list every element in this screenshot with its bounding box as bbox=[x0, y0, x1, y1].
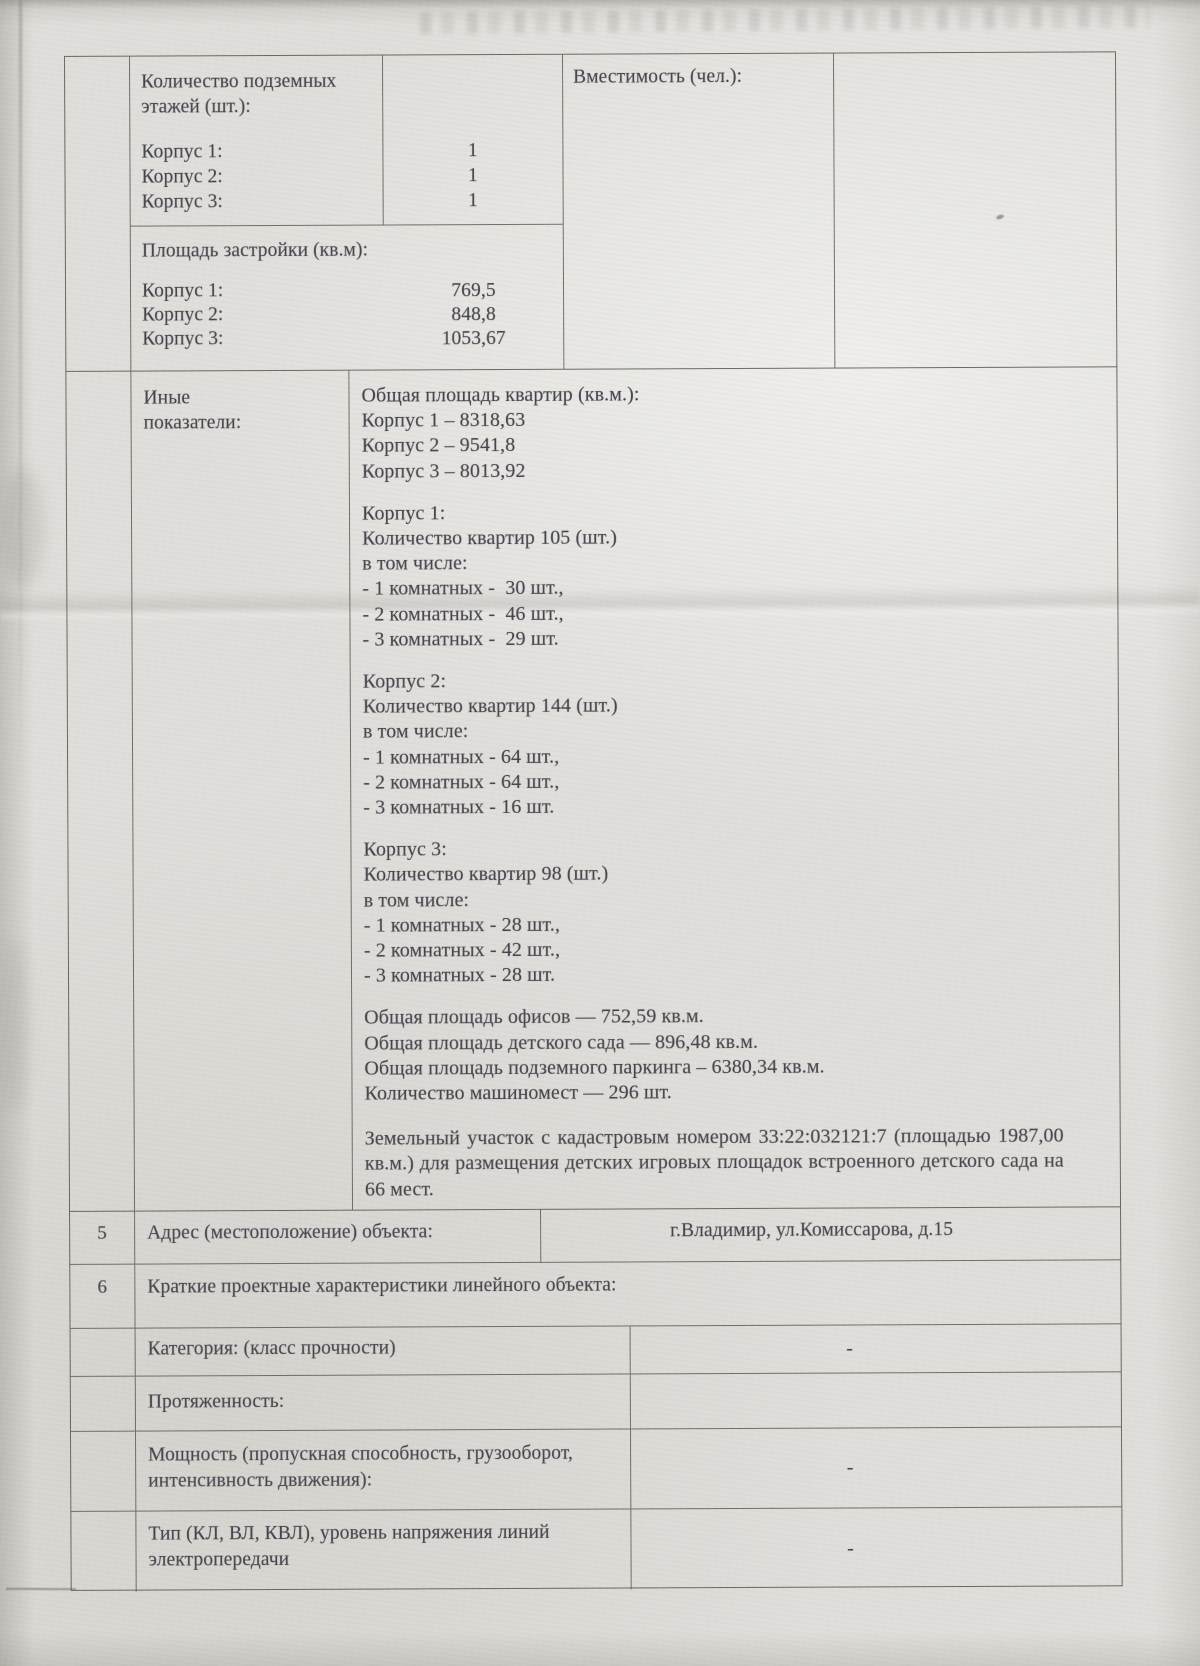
capacity-value-cell-empty bbox=[834, 52, 1116, 367]
korpus-value: 1 bbox=[383, 138, 562, 164]
bleed-blob bbox=[2, 468, 44, 588]
row-number-cell-empty bbox=[71, 1512, 136, 1592]
row-number: 5 bbox=[70, 1212, 135, 1264]
building-area-title: Площадь застройки (кв.м): bbox=[142, 239, 384, 264]
totals-line: Общая площадь детского сада — 896,48 кв.… bbox=[364, 1028, 1109, 1056]
address-row: 5 Адрес (местоположение) объекта: г.Влад… bbox=[70, 1207, 1120, 1265]
korpus-block-title: Корпус 2: bbox=[363, 666, 1108, 694]
land-plot-line: кв.м.) для размещения детских игровых пл… bbox=[365, 1149, 1064, 1177]
other-indicators-label-line: показатели: bbox=[144, 410, 341, 436]
land-plot-paragraph: Земельный участок с кадастровым номером … bbox=[365, 1124, 1110, 1203]
korpus-block-line: - 2 комнатных - 64 шт., bbox=[363, 767, 1108, 795]
korpus-label: Корпус 2: bbox=[141, 164, 374, 190]
building-area-label-cell: Площадь застройки (кв.м): Корпус 1: Корп… bbox=[131, 226, 385, 371]
address-label: Адрес (местоположение) объекта: bbox=[135, 1210, 541, 1264]
apartments-total-line: Корпус 2 – 9541,8 bbox=[362, 431, 1107, 459]
korpus-2-apartments-block: Корпус 2: Количество квартир 144 (шт.) в… bbox=[363, 666, 1109, 820]
underground-floors-title-line: этажей (шт.): bbox=[141, 94, 374, 120]
korpus-label: Корпус 2: bbox=[142, 303, 384, 328]
category-label: Категория: (класс прочности) bbox=[136, 1326, 631, 1375]
building-area-block: Площадь застройки (кв.м): Корпус 1: Корп… bbox=[131, 225, 564, 371]
row-number: 6 bbox=[70, 1265, 135, 1328]
korpus-block-line: Количество квартир 98 (шт.) bbox=[364, 860, 1109, 888]
underground-floors-title-line: Количество подземных bbox=[141, 69, 374, 95]
row-number-cell-empty bbox=[71, 1432, 136, 1511]
korpus-block-line: - 1 комнатных - 28 шт., bbox=[364, 910, 1109, 938]
capacity-label: Вместимость (чел.): bbox=[573, 66, 827, 89]
korpus-3-apartments-block: Корпус 3: Количество квартир 98 (шт.) в … bbox=[363, 835, 1109, 989]
korpus-label: Корпус 3: bbox=[142, 189, 375, 215]
korpus-value: 1 bbox=[384, 188, 563, 214]
scan-line-overrun bbox=[6, 1588, 76, 1590]
korpus-block-line: Количество квартир 144 (шт.) bbox=[363, 692, 1108, 720]
underground-floors-label-cell: Количество подземных этажей (шт.): Корпу… bbox=[130, 56, 384, 226]
apartments-total-line: Корпус 3 – 8013,92 bbox=[362, 456, 1107, 484]
korpus-value: 1053,67 bbox=[384, 327, 563, 352]
korpus-value: 848,8 bbox=[384, 303, 563, 328]
line-type-value: - bbox=[631, 1507, 1121, 1589]
permit-details-table: Количество подземных этажей (шт.): Корпу… bbox=[64, 51, 1123, 1591]
korpus-label: Корпус 3: bbox=[142, 327, 384, 352]
floors-and-area-column: Количество подземных этажей (шт.): Корпу… bbox=[130, 55, 564, 371]
section4-top-block: Количество подземных этажей (шт.): Корпу… bbox=[65, 52, 1116, 372]
korpus-block-line: - 3 комнатных - 29 шт. bbox=[362, 624, 1107, 652]
korpus-block-line: в том числе: bbox=[363, 717, 1108, 745]
building-area-values-cell: 769,5 848,8 1053,67 bbox=[384, 225, 564, 370]
power-capacity-label: Мощность (пропускная способность, грузоо… bbox=[136, 1429, 631, 1510]
korpus-block-line: Количество квартир 105 (шт.) bbox=[362, 523, 1107, 551]
totals-line: Количество машиномест — 296 шт. bbox=[364, 1078, 1109, 1106]
length-value bbox=[631, 1372, 1121, 1428]
other-indicators-label-cell: Иные показатели: bbox=[131, 371, 353, 1211]
other-indicators-label-line: Иные bbox=[143, 385, 340, 411]
underground-floors-block: Количество подземных этажей (шт.): Корпу… bbox=[130, 55, 563, 227]
length-label: Протяженность: bbox=[136, 1374, 631, 1430]
korpus-block-line: - 2 комнатных - 42 шт., bbox=[364, 935, 1109, 963]
underground-floors-values-cell: 1 1 1 bbox=[383, 55, 563, 225]
korpus-value: 769,5 bbox=[384, 279, 563, 304]
line-type-label: Тип (КЛ, ВЛ, КВЛ), уровень напряжения ли… bbox=[136, 1509, 631, 1591]
power-capacity-row: Мощность (пропускная способность, грузоо… bbox=[71, 1427, 1121, 1512]
linear-object-header-label: Краткие проектные характеристики линейно… bbox=[135, 1260, 1120, 1327]
korpus-block-line: - 3 комнатных - 16 шт. bbox=[363, 792, 1108, 820]
address-value: г.Владимир, ул.Комиссарова, д.15 bbox=[541, 1207, 1120, 1262]
korpus-block-line: в том числе: bbox=[362, 549, 1107, 577]
land-plot-line: 66 мест. bbox=[365, 1174, 1064, 1202]
category-row: Категория: (класс прочности) - bbox=[71, 1324, 1121, 1377]
row-number-cell-empty bbox=[66, 372, 135, 1211]
category-value: - bbox=[631, 1324, 1121, 1373]
korpus-block-line: - 1 комнатных - 30 шт., bbox=[362, 574, 1107, 602]
row-number-cell-empty bbox=[65, 57, 131, 371]
other-indicators-row: Иные показатели: Общая площадь квартир (… bbox=[66, 367, 1120, 1212]
land-plot-line: Земельный участок с кадастровым номером … bbox=[365, 1124, 1064, 1152]
korpus-block-title: Корпус 3: bbox=[363, 835, 1108, 863]
underground-floors-korpus-labels: Корпус 1: Корпус 2: Корпус 3: bbox=[141, 139, 374, 215]
apartments-total-title: Общая площадь квартир (кв.м.): bbox=[361, 380, 1106, 408]
row-number-cell-empty bbox=[71, 1329, 136, 1376]
korpus-label: Корпус 1: bbox=[142, 279, 384, 304]
line-type-row: Тип (КЛ, ВЛ, КВЛ), уровень напряжения ли… bbox=[71, 1507, 1121, 1592]
totals-line: Общая площадь офисов — 752,59 кв.м. bbox=[364, 1003, 1109, 1031]
power-capacity-value: - bbox=[631, 1427, 1121, 1508]
apartments-total-line: Корпус 1 – 8318,63 bbox=[362, 406, 1107, 434]
other-indicators-content-cell: Общая площадь квартир (кв.м.): Корпус 1 … bbox=[349, 367, 1120, 1209]
korpus-1-apartments-block: Корпус 1: Количество квартир 105 (шт.) в… bbox=[362, 498, 1108, 652]
building-area-korpus-labels: Корпус 1: Корпус 2: Корпус 3: bbox=[142, 279, 384, 352]
length-row: Протяженность: bbox=[71, 1372, 1121, 1432]
linear-object-header-row: 6 Краткие проектные характеристики линей… bbox=[70, 1260, 1120, 1329]
korpus-block-line: - 2 комнатных - 46 шт., bbox=[362, 599, 1107, 627]
apartments-total-group: Общая площадь квартир (кв.м.): Корпус 1 … bbox=[361, 380, 1106, 484]
korpus-block-title: Корпус 1: bbox=[362, 498, 1107, 526]
bleed-blob bbox=[0, 940, 30, 1110]
korpus-label: Корпус 1: bbox=[141, 139, 374, 165]
korpus-block-line: - 3 комнатных - 28 шт. bbox=[364, 961, 1109, 989]
capacity-label-cell: Вместимость (чел.): bbox=[563, 54, 835, 369]
vertical-crease-artifact bbox=[19, 0, 22, 780]
korpus-value: 1 bbox=[383, 163, 562, 189]
totals-line: Общая площадь подземного паркинга – 6380… bbox=[364, 1053, 1109, 1081]
korpus-block-line: - 1 комнатных - 64 шт., bbox=[363, 742, 1108, 770]
totals-group: Общая площадь офисов — 752,59 кв.м. Обща… bbox=[364, 1003, 1109, 1107]
korpus-block-line: в том числе: bbox=[364, 885, 1109, 913]
row-number-cell-empty bbox=[71, 1377, 136, 1431]
bleed-through-text-artifact bbox=[420, 6, 1150, 34]
scanned-permit-page: Количество подземных этажей (шт.): Корпу… bbox=[0, 0, 1200, 1666]
